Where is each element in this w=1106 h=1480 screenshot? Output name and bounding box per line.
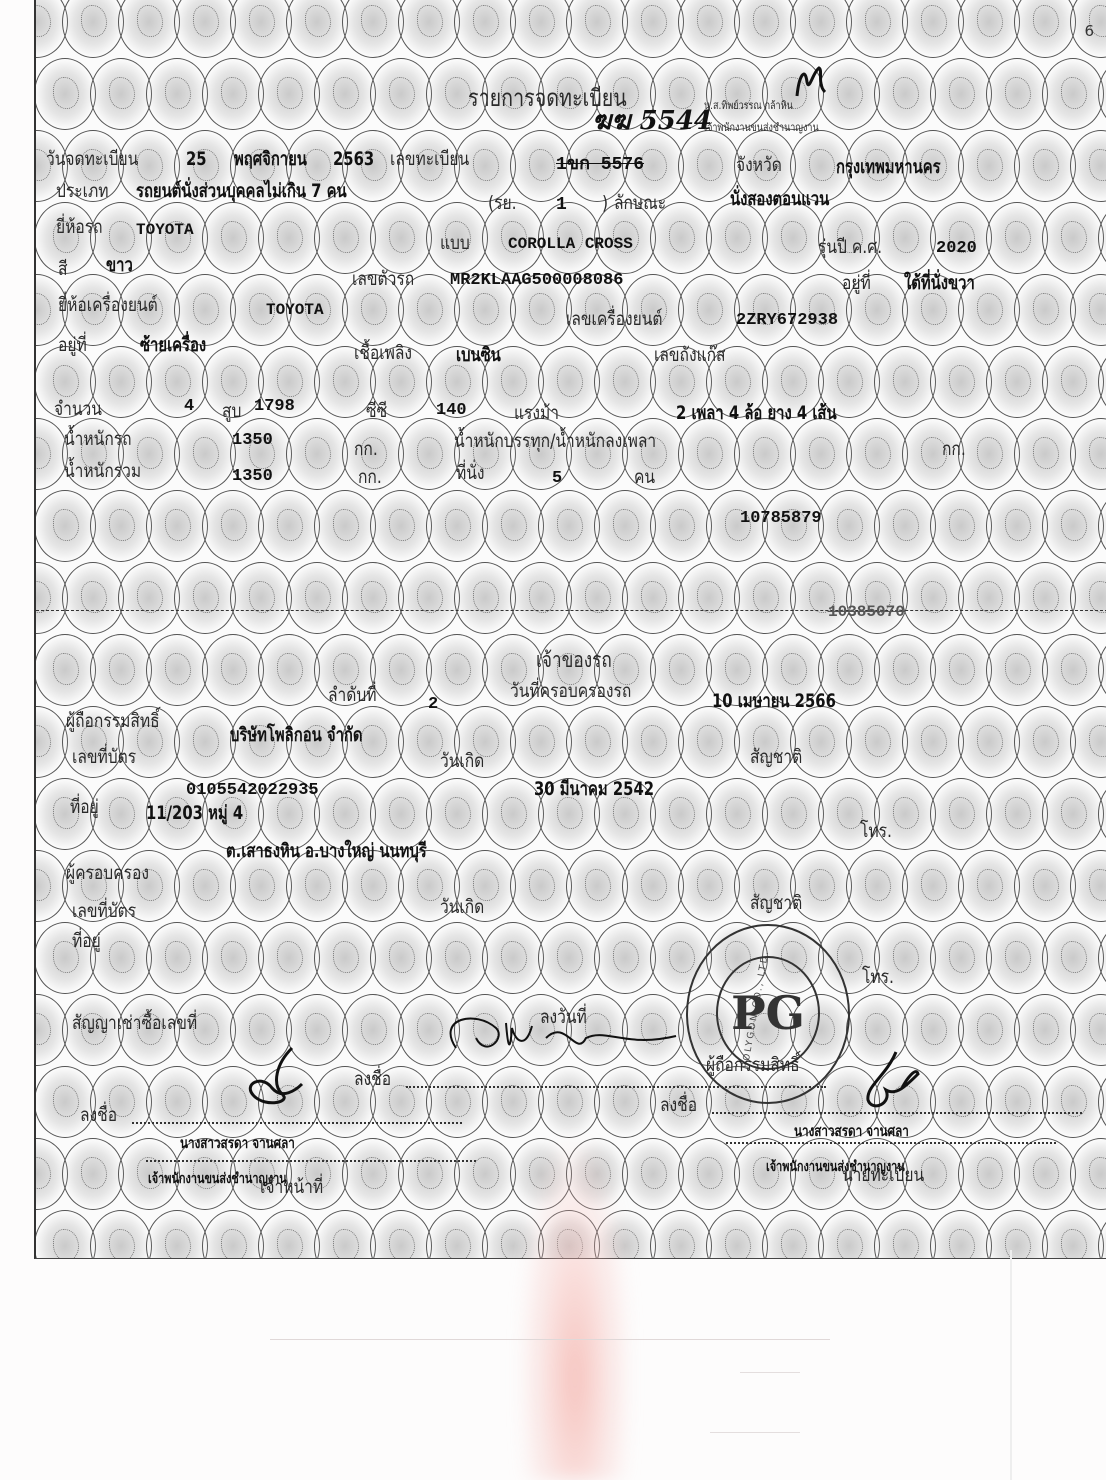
coin-pattern-icon bbox=[874, 202, 936, 274]
coin-pattern-icon bbox=[734, 274, 796, 346]
coin-pattern-icon bbox=[90, 634, 152, 706]
coin-pattern-icon bbox=[678, 706, 740, 778]
coin-pattern-icon bbox=[846, 418, 908, 490]
coin-pattern-icon bbox=[34, 58, 96, 130]
coin-pattern-icon bbox=[286, 1138, 348, 1210]
right-sign-label: ลงชื่อ bbox=[660, 1096, 697, 1115]
coin-pattern-icon bbox=[1098, 634, 1106, 706]
coin-pattern-icon bbox=[370, 58, 432, 130]
coin-pattern-icon bbox=[314, 58, 376, 130]
coin-pattern-icon bbox=[566, 706, 628, 778]
nationality-label: สัญชาติ bbox=[750, 748, 802, 767]
coin-pattern-icon bbox=[258, 490, 320, 562]
coin-pattern-icon bbox=[566, 418, 628, 490]
coin-pattern-icon bbox=[874, 58, 936, 130]
style-value: นั่งสองตอนแวน bbox=[730, 190, 829, 209]
coin-pattern-icon bbox=[930, 778, 992, 850]
coin-pattern-icon bbox=[426, 1210, 488, 1259]
coin-pattern-icon bbox=[622, 562, 684, 634]
coin-pattern-icon bbox=[958, 418, 1020, 490]
right-name-line bbox=[726, 1142, 1056, 1144]
coin-pattern-icon bbox=[650, 1210, 712, 1259]
vin-location-value: ใต้ที่นั่งขวา bbox=[904, 274, 975, 293]
ry-value: 1 bbox=[556, 196, 567, 214]
coin-pattern-icon bbox=[482, 490, 544, 562]
coin-pattern-icon bbox=[370, 202, 432, 274]
coin-pattern-icon bbox=[1098, 490, 1106, 562]
coin-pattern-icon bbox=[342, 0, 404, 58]
coin-pattern-icon bbox=[370, 922, 432, 994]
coin-pattern-icon bbox=[958, 706, 1020, 778]
coin-pattern-icon bbox=[482, 922, 544, 994]
coin-pattern-icon bbox=[930, 58, 992, 130]
coin-pattern-icon bbox=[594, 490, 656, 562]
coin-pattern-icon bbox=[426, 922, 488, 994]
serial-number: 10785879 bbox=[740, 510, 822, 527]
coin-pattern-icon bbox=[62, 1138, 124, 1210]
coin-pattern-icon bbox=[510, 706, 572, 778]
coin-pattern-icon bbox=[622, 1138, 684, 1210]
coin-pattern-icon bbox=[398, 0, 460, 58]
coin-pattern-icon bbox=[930, 1066, 992, 1138]
coin-pattern-icon bbox=[454, 562, 516, 634]
coin-pattern-icon bbox=[1014, 274, 1076, 346]
coin-pattern-icon bbox=[174, 562, 236, 634]
coin-pattern-icon bbox=[202, 634, 264, 706]
coin-pattern-icon bbox=[34, 490, 96, 562]
id-label: เลขที่บัตร bbox=[72, 748, 136, 767]
right-sign-line bbox=[712, 1112, 1082, 1114]
seats-label: ที่นั่ง bbox=[456, 464, 485, 483]
coin-pattern-icon bbox=[538, 1066, 600, 1138]
left-sign-line bbox=[132, 1122, 462, 1124]
coin-pattern-icon bbox=[790, 562, 852, 634]
coin-pattern-icon bbox=[90, 58, 152, 130]
fuel-label: เชื้อเพลิง bbox=[354, 344, 412, 363]
seats-value: 5 bbox=[552, 470, 562, 487]
axles-wheels: 2 เพลา 4 ล้อ ยาง 4 เส้น bbox=[676, 404, 837, 423]
coin-pattern-icon bbox=[146, 1210, 208, 1259]
coin-pattern-icon bbox=[622, 0, 684, 58]
cylinders-value: 4 bbox=[184, 398, 194, 415]
reg-date-label: วันจดทะเบียน bbox=[46, 150, 138, 169]
holder-label: ผู้ถือกรรมสิทธิ์ bbox=[66, 712, 160, 731]
holder-sign-line bbox=[406, 1086, 826, 1088]
right-officer-name: นางสาวสรดา จานศลา bbox=[794, 1124, 909, 1139]
gross-label: น้ำหนักรวม bbox=[64, 462, 141, 481]
coin-pattern-icon bbox=[1042, 1066, 1104, 1138]
coin-pattern-icon bbox=[986, 346, 1048, 418]
section-divider bbox=[36, 610, 1106, 611]
coin-pattern-icon bbox=[678, 562, 740, 634]
coin-pattern-icon bbox=[538, 490, 600, 562]
left-name-line bbox=[146, 1160, 476, 1162]
coin-pattern-icon bbox=[1014, 994, 1076, 1066]
cc-label: ซีซี bbox=[366, 402, 387, 421]
year-label: รุ่นปี ค.ศ. bbox=[818, 238, 882, 257]
coin-pattern-icon bbox=[986, 1210, 1048, 1259]
coin-pattern-icon bbox=[1042, 922, 1104, 994]
coin-pattern-icon bbox=[1042, 634, 1104, 706]
coin-pattern-icon bbox=[1014, 562, 1076, 634]
coin-pattern-icon bbox=[594, 1066, 656, 1138]
coin-pattern-icon bbox=[258, 634, 320, 706]
company-stamp: POLYGON CO., LTD. PG bbox=[686, 924, 850, 1104]
coin-pattern-icon bbox=[1014, 850, 1076, 922]
coin-pattern-icon bbox=[202, 922, 264, 994]
coin-pattern-icon bbox=[930, 490, 992, 562]
coin-pattern-icon bbox=[1042, 490, 1104, 562]
coin-pattern-icon bbox=[706, 778, 768, 850]
coin-pattern-icon bbox=[286, 0, 348, 58]
coin-pattern-icon bbox=[650, 778, 712, 850]
coin-pattern-icon bbox=[146, 922, 208, 994]
coin-pattern-icon bbox=[986, 490, 1048, 562]
reg-date-day: 25 bbox=[186, 150, 207, 169]
coin-pattern-icon bbox=[678, 1138, 740, 1210]
coin-pattern-icon bbox=[1098, 58, 1106, 130]
coin-pattern-icon bbox=[594, 346, 656, 418]
color-value: ขาว bbox=[106, 256, 133, 275]
coin-pattern-icon bbox=[650, 634, 712, 706]
coin-pattern-icon bbox=[1070, 1138, 1106, 1210]
coin-pattern-icon bbox=[34, 1066, 96, 1138]
possession-date-value: 10 เมษายน 2566 bbox=[712, 692, 836, 711]
faded-reverse-print bbox=[740, 1360, 800, 1373]
possessor-phone-label: โทร. bbox=[862, 968, 894, 987]
coin-pattern-icon bbox=[118, 0, 180, 58]
possessor-address-label: ที่อยู่ bbox=[72, 932, 101, 951]
coin-pattern-icon bbox=[622, 706, 684, 778]
engine-brand-label: ยี่ห้อเครื่องยนต์ bbox=[58, 296, 158, 315]
left-officer-role: เจ้าหน้าที่ bbox=[260, 1178, 323, 1197]
coin-pattern-icon bbox=[202, 1210, 264, 1259]
order-label: ลำดับที่ bbox=[328, 686, 377, 705]
cylinders-label: สูบ bbox=[222, 402, 241, 421]
coin-pattern-icon bbox=[1098, 346, 1106, 418]
coin-pattern-icon bbox=[958, 562, 1020, 634]
coin-pattern-icon bbox=[1070, 994, 1106, 1066]
engine-location-label: อยู่ที่ bbox=[58, 336, 87, 355]
coin-pattern-icon bbox=[902, 562, 964, 634]
owner-section-title: เจ้าของรถ bbox=[536, 650, 612, 671]
engine-brand-value: TOYOTA bbox=[266, 302, 324, 318]
coin-pattern-icon bbox=[174, 418, 236, 490]
persons-label: คน bbox=[634, 468, 655, 487]
serial-number-struck: 10385070 bbox=[828, 604, 905, 620]
coin-pattern-icon bbox=[902, 850, 964, 922]
coin-pattern-icon bbox=[426, 778, 488, 850]
stamp-logo-icon: PG bbox=[716, 956, 820, 1070]
coin-pattern-icon bbox=[902, 0, 964, 58]
coin-pattern-icon bbox=[958, 994, 1020, 1066]
coin-pattern-icon bbox=[202, 58, 264, 130]
coin-pattern-icon bbox=[874, 1210, 936, 1259]
coin-pattern-icon bbox=[790, 0, 852, 58]
coin-pattern-icon bbox=[1098, 1210, 1106, 1259]
faded-reverse-print bbox=[710, 1420, 800, 1433]
coin-pattern-icon bbox=[230, 0, 292, 58]
coin-pattern-icon bbox=[90, 1066, 152, 1138]
coin-pattern-icon bbox=[62, 562, 124, 634]
right-officer-signature-icon bbox=[856, 1046, 936, 1116]
ry-label-close: ) bbox=[602, 194, 608, 213]
model-value: COROLLA CROSS bbox=[508, 236, 633, 252]
coin-pattern-icon bbox=[1070, 130, 1106, 202]
coin-pattern-icon bbox=[734, 0, 796, 58]
coin-pattern-icon bbox=[958, 130, 1020, 202]
officer-position: เจ้าพนักงานขนส่งชำนาญงาน bbox=[704, 122, 819, 133]
coin-pattern-icon bbox=[454, 1138, 516, 1210]
officer-name: น.ส.ทิพย์วรรณ กล้าหิน bbox=[704, 100, 793, 111]
left-officer-name: นางสาวสรดา จานศลา bbox=[180, 1136, 295, 1151]
id-value: 0105542022935 bbox=[186, 782, 319, 799]
load-label: น้ำหนักบรรทุก/น้ำหนักลงเพลา bbox=[454, 432, 656, 451]
reg-date-year: 2563 bbox=[333, 150, 374, 169]
coin-pattern-icon bbox=[202, 202, 264, 274]
coin-pattern-icon bbox=[986, 58, 1048, 130]
possession-date-label: วันที่ครอบครองรถ bbox=[510, 682, 631, 701]
coin-pattern-icon bbox=[1098, 202, 1106, 274]
coin-pattern-icon bbox=[202, 490, 264, 562]
dob-label: วันเกิด bbox=[440, 752, 484, 771]
dob-value: 30 มีนาคม 2542 bbox=[534, 780, 654, 799]
gross-kg: กก. bbox=[358, 468, 382, 487]
coin-pattern-icon bbox=[1070, 418, 1106, 490]
coin-pattern-icon bbox=[874, 346, 936, 418]
coin-pattern-icon bbox=[1070, 274, 1106, 346]
coin-pattern-icon bbox=[986, 634, 1048, 706]
weight-value: 1350 bbox=[232, 432, 273, 449]
coin-pattern-icon bbox=[314, 1210, 376, 1259]
coin-pattern-icon bbox=[426, 490, 488, 562]
coin-pattern-icon bbox=[818, 490, 880, 562]
coin-pattern-icon bbox=[790, 418, 852, 490]
coin-pattern-icon bbox=[398, 418, 460, 490]
coin-pattern-icon bbox=[986, 1066, 1048, 1138]
coin-pattern-icon bbox=[986, 778, 1048, 850]
coin-pattern-icon bbox=[846, 562, 908, 634]
color-smear bbox=[520, 1140, 630, 1480]
right-officer-role: นายทะเบียน bbox=[842, 1166, 924, 1185]
coin-pattern-icon bbox=[90, 778, 152, 850]
page-edge bbox=[1010, 1250, 1012, 1480]
coin-pattern-icon bbox=[342, 994, 404, 1066]
address-line2: ต.เสาธงหิน อ.บางใหญ่ นนทบุรี bbox=[226, 842, 427, 861]
hp-label: แรงม้า bbox=[514, 404, 559, 423]
initial-signature-icon bbox=[791, 62, 831, 102]
weight-kg: กก. bbox=[354, 440, 378, 459]
coin-pattern-icon bbox=[174, 0, 236, 58]
coin-pattern-icon bbox=[34, 634, 96, 706]
coin-pattern-icon bbox=[986, 922, 1048, 994]
coin-pattern-icon bbox=[678, 0, 740, 58]
coin-pattern-icon bbox=[930, 922, 992, 994]
coin-pattern-icon bbox=[538, 922, 600, 994]
contract-label: สัญญาเช่าซื้อเลขที่ bbox=[72, 1014, 197, 1033]
coin-pattern-icon bbox=[258, 922, 320, 994]
brand-label: ยี่ห้อรถ bbox=[56, 218, 103, 237]
coin-pattern-icon bbox=[566, 850, 628, 922]
engine-no-value: 2ZRY672938 bbox=[736, 312, 838, 329]
province-label: จังหวัด bbox=[736, 156, 782, 175]
coin-pattern-icon bbox=[1098, 922, 1106, 994]
coin-pattern-icon bbox=[762, 202, 824, 274]
province-value: กรุงเทพมหานคร bbox=[836, 158, 941, 177]
address-label: ที่อยู่ bbox=[70, 798, 99, 817]
coin-pattern-icon bbox=[258, 58, 320, 130]
coin-pattern-icon bbox=[986, 202, 1048, 274]
brand-value: TOYOTA bbox=[136, 222, 194, 238]
coin-pattern-icon bbox=[818, 1210, 880, 1259]
coin-pattern-icon bbox=[510, 562, 572, 634]
year-value: 2020 bbox=[936, 240, 977, 257]
style-label: ลักษณะ bbox=[614, 194, 666, 213]
coin-pattern-icon bbox=[286, 562, 348, 634]
coin-pattern-icon bbox=[762, 1210, 824, 1259]
coin-pattern-icon bbox=[90, 1210, 152, 1259]
possessor-dob-label: วันเกิด bbox=[440, 898, 484, 917]
coin-pattern-icon bbox=[398, 562, 460, 634]
gross-value: 1350 bbox=[232, 468, 273, 485]
reg-date-month: พฤศจิกายน bbox=[234, 150, 307, 169]
coin-pattern-icon bbox=[1042, 346, 1104, 418]
coin-pattern-icon bbox=[762, 778, 824, 850]
coin-pattern-icon bbox=[370, 490, 432, 562]
type-value: รถยนต์นั่งส่วนบุคคลไม่เกิน 7 คน bbox=[136, 182, 347, 201]
vin-label: เลขตัวรถ bbox=[352, 270, 414, 289]
coin-pattern-icon bbox=[258, 1210, 320, 1259]
possessor-id-label: เลขที่บัตร bbox=[72, 902, 136, 921]
coin-pattern-icon bbox=[90, 490, 152, 562]
coin-pattern-icon bbox=[1014, 418, 1076, 490]
left-sign-label: ลงชื่อ bbox=[80, 1106, 117, 1125]
fuel-value: เบนซิน bbox=[456, 346, 501, 365]
holder-signature-icon bbox=[436, 1008, 686, 1068]
coin-pattern-icon bbox=[370, 634, 432, 706]
coin-pattern-icon bbox=[426, 1066, 488, 1138]
coin-pattern-icon bbox=[1014, 1138, 1076, 1210]
coin-pattern-icon bbox=[930, 202, 992, 274]
coin-pattern-icon bbox=[706, 1210, 768, 1259]
order-value: 2 bbox=[428, 696, 438, 713]
coin-pattern-icon bbox=[706, 58, 768, 130]
coin-pattern-icon bbox=[874, 634, 936, 706]
coin-pattern-icon bbox=[1070, 706, 1106, 778]
plate-value: 1ขก 5576 bbox=[556, 156, 644, 174]
cc-value: 1798 bbox=[254, 398, 295, 415]
coin-pattern-icon bbox=[1098, 1066, 1106, 1138]
coin-pattern-icon bbox=[482, 1066, 544, 1138]
coin-pattern-icon bbox=[34, 1210, 96, 1259]
color-label: สี bbox=[58, 260, 68, 279]
vin-value: MR2KLAAG500008086 bbox=[450, 272, 623, 289]
left-officer-signature-icon bbox=[236, 1044, 316, 1114]
coin-pattern-icon bbox=[958, 0, 1020, 58]
coin-pattern-icon bbox=[650, 490, 712, 562]
coin-pattern-icon bbox=[62, 0, 124, 58]
coin-pattern-icon bbox=[678, 850, 740, 922]
coin-pattern-icon bbox=[706, 202, 768, 274]
coin-pattern-icon bbox=[734, 418, 796, 490]
coin-pattern-icon bbox=[622, 850, 684, 922]
coin-pattern-icon bbox=[594, 922, 656, 994]
coin-pattern-icon bbox=[1042, 202, 1104, 274]
load-kg: กก. bbox=[942, 440, 966, 459]
coin-pattern-icon bbox=[958, 850, 1020, 922]
coin-pattern-icon bbox=[1098, 778, 1106, 850]
holder-value: บริษัทโพลิกอน จำกัด bbox=[230, 726, 362, 745]
coin-pattern-icon bbox=[342, 1138, 404, 1210]
coin-pattern-icon bbox=[454, 0, 516, 58]
count-label: จำนวน bbox=[54, 400, 102, 419]
coin-pattern-icon bbox=[846, 850, 908, 922]
address-line1: 11/203 หมู่ 4 bbox=[146, 804, 243, 823]
page-number: 6 bbox=[1084, 22, 1094, 40]
coin-pattern-icon bbox=[286, 418, 348, 490]
coin-pattern-icon bbox=[146, 58, 208, 130]
coin-pattern-icon bbox=[958, 1138, 1020, 1210]
hp-value: 140 bbox=[436, 402, 467, 419]
coin-pattern-icon bbox=[1042, 778, 1104, 850]
coin-pattern-icon bbox=[846, 706, 908, 778]
coin-pattern-icon bbox=[566, 562, 628, 634]
coin-pattern-icon bbox=[1042, 58, 1104, 130]
coin-pattern-icon bbox=[510, 418, 572, 490]
coin-pattern-icon bbox=[230, 562, 292, 634]
coin-pattern-icon bbox=[342, 562, 404, 634]
coin-pattern-icon bbox=[398, 1138, 460, 1210]
coin-pattern-icon bbox=[734, 562, 796, 634]
model-label: แบบ bbox=[440, 234, 470, 253]
phone-label: โทร. bbox=[860, 822, 892, 841]
coin-pattern-icon bbox=[146, 490, 208, 562]
coin-pattern-icon bbox=[1014, 130, 1076, 202]
engine-location-value: ซ้ายเครื่อง bbox=[140, 336, 206, 355]
weight-label: น้ำหนักรถ bbox=[64, 430, 132, 449]
holder-sign-label: ลงชื่อ bbox=[354, 1070, 391, 1089]
coin-pattern-icon bbox=[930, 346, 992, 418]
coin-pattern-icon bbox=[174, 706, 236, 778]
coin-pattern-icon bbox=[510, 850, 572, 922]
coin-pattern-icon bbox=[874, 490, 936, 562]
coin-pattern-icon bbox=[146, 346, 208, 418]
coin-pattern-icon bbox=[370, 1210, 432, 1259]
coin-pattern-icon bbox=[146, 634, 208, 706]
coin-pattern-icon bbox=[118, 562, 180, 634]
coin-pattern-icon bbox=[1014, 706, 1076, 778]
coin-pattern-icon bbox=[930, 1210, 992, 1259]
type-label: ประเภท bbox=[56, 182, 108, 201]
coin-pattern-icon bbox=[314, 490, 376, 562]
holder-sig-role: ผู้ถือกรรมสิทธิ์ bbox=[706, 1056, 800, 1075]
coin-pattern-icon bbox=[902, 706, 964, 778]
engine-no-label: เลขเครื่องยนต์ bbox=[566, 310, 663, 329]
coin-pattern-icon bbox=[1014, 0, 1076, 58]
possessor-nationality-label: สัญชาติ bbox=[750, 894, 802, 913]
plate-label: เลขทะเบียน bbox=[390, 150, 469, 169]
possessor-label: ผู้ครอบครอง bbox=[66, 864, 149, 883]
coin-pattern-icon bbox=[146, 1066, 208, 1138]
coin-pattern-icon bbox=[846, 0, 908, 58]
ry-label-open: (รย. bbox=[488, 194, 517, 213]
coin-pattern-icon bbox=[678, 418, 740, 490]
coin-pattern-icon bbox=[1070, 850, 1106, 922]
registration-sheet: 6 รายการจดทะเบียน ฆฆ 5544 น.ส.ทิพย์วรรณ … bbox=[34, 0, 1106, 1259]
coin-pattern-icon bbox=[510, 0, 572, 58]
coin-pattern-icon bbox=[314, 202, 376, 274]
coin-pattern-icon bbox=[1070, 562, 1106, 634]
